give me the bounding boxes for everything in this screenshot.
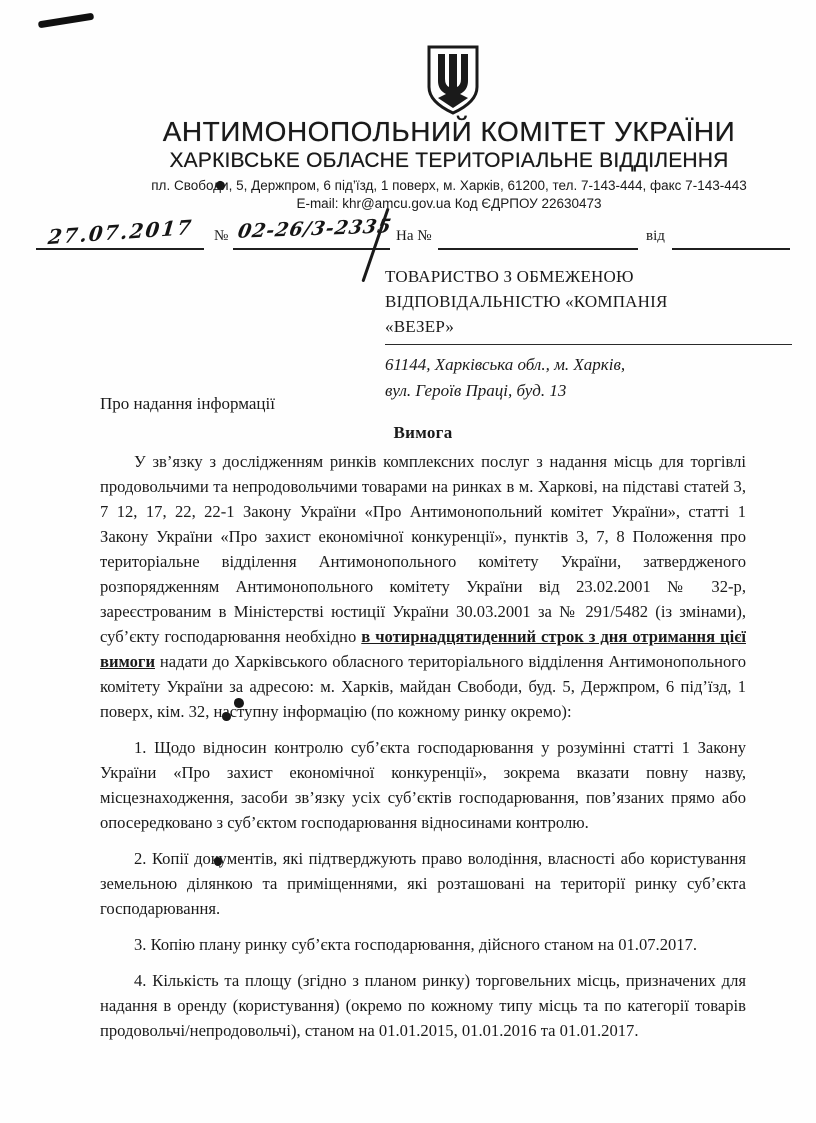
org-name: АНТИМОНОПОЛЬНИЙ КОМІТЕТ УКРАЇНИ (92, 116, 806, 148)
incoming-number-label: На № (396, 228, 432, 245)
org-contact-line: E-mail: khr@amcu.gov.ua Код ЄДРПОУ 22630… (92, 196, 806, 211)
paragraph-intro-post: надати до Харківського обласного територ… (100, 652, 746, 721)
list-item-1: 1. Щодо відносин контролю суб’єкта госпо… (100, 735, 746, 835)
recipient-name-line: «ВЕЗЕР» (385, 314, 792, 339)
scanned-letter-page: АНТИМОНОПОЛЬНИЙ КОМІТЕТ УКРАЇНИ ХАРКІВСЬ… (0, 0, 816, 1123)
recipient-name-line: ТОВАРИСТВО З ОБМЕЖЕНОЮ (385, 264, 792, 289)
list-item-4: 4. Кількість та площу (згідно з планом р… (100, 968, 746, 1043)
from-date-label: від (646, 228, 665, 245)
recipient-name-line: ВІДПОВІДАЛЬНІСТЮ «КОМПАНІЯ (385, 289, 792, 314)
number-label: № (214, 228, 228, 245)
list-item-3: 3. Копію плану ринку суб’єкта господарюв… (100, 932, 746, 957)
recipient-block: ТОВАРИСТВО З ОБМЕЖЕНОЮ ВІДПОВІДАЛЬНІСТЮ … (385, 264, 792, 404)
list-item-2: 2. Копії документів, які підтверджують п… (100, 846, 746, 921)
recipient-address-line: вул. Героїв Праці, буд. 13 (385, 378, 792, 404)
paragraph-intro: У зв’язку з дослідженням ринків комплекс… (100, 449, 746, 724)
paragraph-intro-pre: У зв’язку з дослідженням ринків комплекс… (100, 452, 746, 646)
ukraine-trident-emblem-icon (424, 44, 482, 116)
recipient-address-line: 61144, Харківська обл., м. Харків, (385, 352, 792, 378)
pen-stroke-mark (38, 13, 94, 29)
org-address-line: пл. Свободи, 5, Держпром, 6 під’їзд, 1 п… (92, 178, 806, 193)
recipient-underline (385, 344, 792, 345)
from-date-blank-line (672, 222, 790, 250)
subject-line: Про надання інформації (100, 394, 275, 414)
letter-body: У зв’язку з дослідженням ринків комплекс… (100, 449, 746, 1043)
document-title: Вимога (100, 423, 746, 443)
incoming-number-blank-line (438, 222, 638, 250)
org-branch: ХАРКІВСЬКЕ ОБЛАСНЕ ТЕРИТОРІАЛЬНЕ ВІДДІЛЕ… (92, 149, 806, 173)
